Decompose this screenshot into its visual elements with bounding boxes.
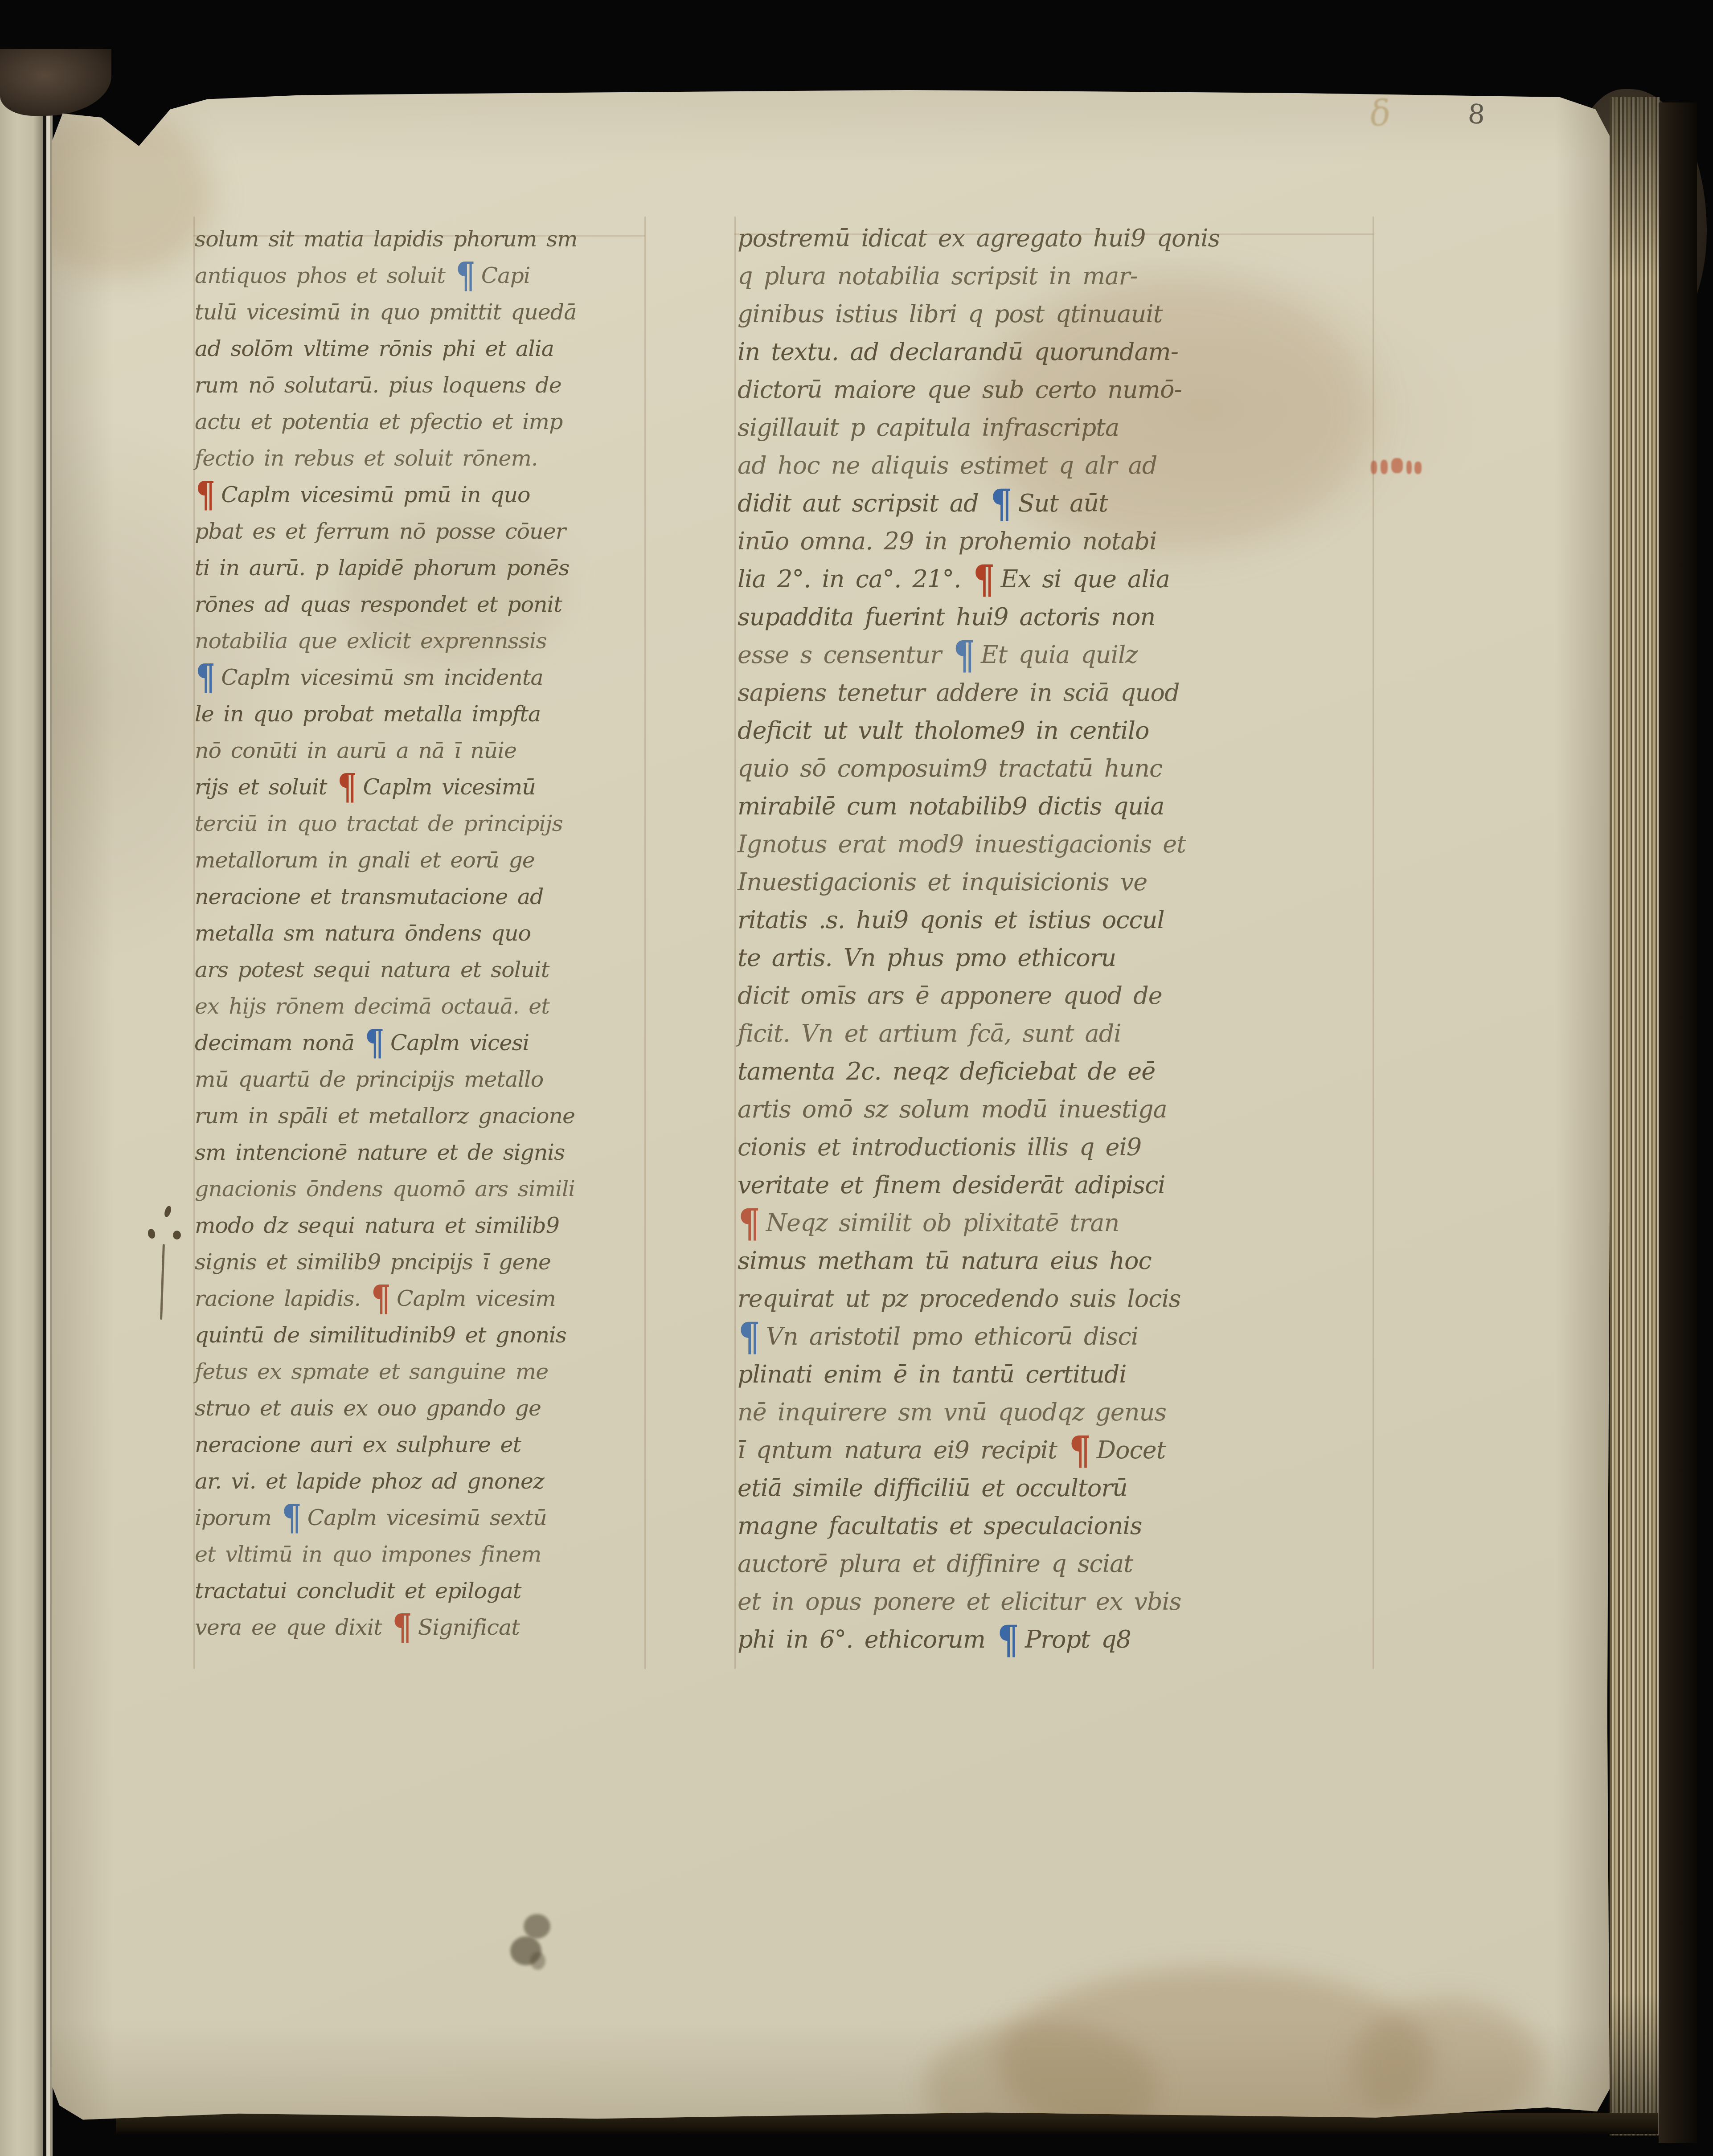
manuscript-text-line: ¶Neqz similit ob plixitatē tran xyxy=(738,1204,1220,1242)
manuscript-text-line: in textu. ad declarandū quorundam- xyxy=(738,333,1220,371)
manuscript-text-line: dictorū maiore que sub certo numō- xyxy=(738,371,1220,409)
text-segment: metalla sm natura ōndens quo xyxy=(195,920,531,946)
text-segment: Caplm vicesimū xyxy=(363,774,535,800)
text-segment: didit aut scripsit ad xyxy=(738,489,990,517)
text-segment: Ex si que alia xyxy=(1000,565,1170,593)
text-segment: etiā simile difficiliū et occultorū xyxy=(738,1474,1127,1502)
text-segment: rum nō solutarū. pius loquens de xyxy=(195,372,561,398)
text-segment: et in opus ponere et elicitur ex vbis xyxy=(738,1587,1181,1616)
text-segment: esse s censentur xyxy=(738,641,952,669)
manuscript-text-line: artis omō sz solum modū inuestiga xyxy=(738,1090,1220,1128)
manuscript-text-line: ginibus istius libri q post qtinuauit xyxy=(738,295,1220,333)
text-column-left: solum sit matia lapidis phorum smantiquo… xyxy=(195,221,578,1646)
manuscript-text-line: le in quo probat metalla impfta xyxy=(195,696,578,732)
manuscript-text-line: neracione auri ex sulphure et xyxy=(195,1427,578,1463)
manuscript-text-line: dicit omīs ars ē apponere quod de xyxy=(738,977,1220,1015)
text-segment: plinati enim ē in tantū certitudi xyxy=(738,1360,1127,1388)
text-segment: lia 2°. in ca°. 21°. xyxy=(738,565,972,593)
manuscript-text-line: solum sit matia lapidis phorum sm xyxy=(195,221,578,258)
text-segment: Significat xyxy=(418,1615,520,1640)
text-segment: Capi xyxy=(481,263,530,288)
column-rule-left-inner xyxy=(644,217,646,1669)
text-segment: tulū vicesimū in quo pmittit quedā xyxy=(195,299,576,325)
manuscript-text-line: ¶Caplm vicesimū pmū in quo xyxy=(195,477,578,513)
manuscript-text-line: supaddita fuerint hui9 actoris non xyxy=(738,598,1220,636)
manuscript-text-line: ex hijs rōnem decimā octauā. et xyxy=(195,988,578,1025)
column-rule-right-outer xyxy=(1373,217,1374,1669)
manuscript-text-line: rum nō solutarū. pius loquens de xyxy=(195,367,578,404)
water-stain-bottom-2 xyxy=(925,2021,1157,2155)
manuscript-text-line: ¶Caplm vicesimū sm incidenta xyxy=(195,659,578,696)
manuscript-text-line: Ignotus erat mod9 inuestigacionis et xyxy=(738,825,1220,863)
text-segment: ad hoc ne aliquis estimet q alr ad xyxy=(738,451,1157,479)
manuscript-text-line: sapiens tenetur addere in sciā quod xyxy=(738,674,1220,712)
text-segment: supaddita fuerint hui9 actoris non xyxy=(738,603,1155,631)
manuscript-text-line: modo dz sequi natura et similib9 xyxy=(195,1207,578,1244)
manuscript-text-line: metalla sm natura ōndens quo xyxy=(195,915,578,952)
manuscript-text-line: ad hoc ne aliquis estimet q alr ad xyxy=(738,446,1220,484)
ink-blot xyxy=(506,1910,559,1985)
text-segment: terciū in quo tractat de principijs xyxy=(195,811,563,836)
text-segment: Caplm vicesimū sextū xyxy=(307,1505,547,1530)
text-segment: solum sit matia lapidis phorum sm xyxy=(195,226,578,252)
manuscript-text-line: sigillauit p capitula infrascripta xyxy=(738,409,1220,446)
text-segment: struo et auis ex ouo gpando ge xyxy=(195,1395,541,1421)
manuscript-text-line: mirabilē cum notabilib9 dictis quia xyxy=(738,787,1220,825)
manuscript-text-line: notabilia que exlicit exprennssis xyxy=(195,623,578,659)
manuscript-text-line: plinati enim ē in tantū certitudi xyxy=(738,1355,1220,1393)
manuscript-text-line: ars potest sequi natura et soluit xyxy=(195,952,578,988)
text-segment: in textu. ad declarandū quorundam- xyxy=(738,338,1178,366)
text-segment: veritate et finem desiderāt adipisci xyxy=(738,1171,1165,1199)
manuscript-page: δ 8 solum sit matia lapidis phorum smant… xyxy=(52,83,1610,2122)
text-segment: nē inquirere sm vnū quodqz genus xyxy=(738,1398,1166,1426)
manuscript-text-line: rum in spāli et metallorz gnacione xyxy=(195,1098,578,1134)
text-segment: simus metham tū natura eius hoc xyxy=(738,1247,1152,1275)
manuscript-text-line: ad solōm vltime rōnis phi et alia xyxy=(195,331,578,367)
text-segment: notabilia que exlicit exprennssis xyxy=(195,628,547,654)
manuscript-text-line: Inuestigacionis et inquisicionis ve xyxy=(738,863,1220,901)
binding-bottom-edge xyxy=(116,2113,1658,2134)
manuscript-text-line: quio sō composuim9 tractatū hunc xyxy=(738,749,1220,787)
manuscript-text-line: vera ee que dixit ¶Significat xyxy=(195,1609,578,1646)
text-segment: phi in 6°. ethicorum xyxy=(738,1625,996,1653)
text-segment: Sut aūt xyxy=(1018,489,1108,517)
text-segment: metallorum in gnali et eorū ge xyxy=(195,847,535,873)
manuscript-text-line: cionis et introductionis illis q ei9 xyxy=(738,1128,1220,1166)
text-segment: quio sō composuim9 tractatū hunc xyxy=(738,754,1162,782)
text-segment: fetus ex spmate et sanguine me xyxy=(195,1359,548,1384)
binding-leather-top-left xyxy=(0,49,111,116)
folio-number: 8 xyxy=(1467,98,1486,131)
text-segment: magne facultatis et speculacionis xyxy=(738,1512,1142,1540)
water-stain-bottom-3 xyxy=(1353,1999,1540,2132)
text-segment: mirabilē cum notabilib9 dictis quia xyxy=(738,792,1164,820)
manuscript-text-line: decimam nonā ¶Caplm vicesi xyxy=(195,1025,578,1061)
text-segment: sigillauit p capitula infrascripta xyxy=(738,413,1119,442)
manuscript-text-line: tulū vicesimū in quo pmittit quedā xyxy=(195,294,578,331)
manuscript-text-line: metallorum in gnali et eorū ge xyxy=(195,842,578,879)
manuscript-text-line: mū quartū de principijs metallo xyxy=(195,1061,578,1098)
manuscript-text-line: nē inquirere sm vnū quodqz genus xyxy=(738,1393,1220,1431)
binding-leather-right-edge xyxy=(1659,102,1697,2143)
manuscript-text-line: ritatis .s. hui9 qonis et istius occul xyxy=(738,901,1220,939)
manuscript-text-line: magne facultatis et speculacionis xyxy=(738,1507,1220,1545)
text-segment: tamenta 2c. neqz deficiebat de eē xyxy=(738,1057,1155,1085)
text-segment: neracione auri ex sulphure et xyxy=(195,1432,521,1457)
text-segment: nō conūti in aurū a nā ī nūie xyxy=(195,738,516,763)
text-segment: Caplm vicesim xyxy=(397,1286,556,1311)
manuscript-text-line: signis et similib9 pncipijs ī gene xyxy=(195,1244,578,1281)
text-segment: Caplm vicesi xyxy=(390,1030,529,1055)
manuscript-text-line: ar. vi. et lapide phoz ad gnonez xyxy=(195,1463,578,1500)
text-segment: inūo omna. 29 in prohemio notabi xyxy=(738,527,1156,555)
manuscript-text-line: pbat es et ferrum nō posse cōuer xyxy=(195,513,578,550)
manuscript-text-line: simus metham tū natura eius hoc xyxy=(738,1242,1220,1280)
text-segment: tractatui concludit et epilogat xyxy=(195,1578,521,1604)
text-segment: cionis et introductionis illis q ei9 xyxy=(738,1133,1141,1161)
text-segment: signis et similib9 pncipijs ī gene xyxy=(195,1249,551,1275)
text-segment: racione lapidis. xyxy=(195,1286,370,1311)
foxing-stain-top-left xyxy=(25,110,212,279)
text-segment: iporum xyxy=(195,1505,281,1530)
manuscript-text-line: struo et auis ex ouo gpando ge xyxy=(195,1390,578,1427)
text-segment: ar. vi. et lapide phoz ad gnonez xyxy=(195,1469,544,1494)
manuscript-text-line: veritate et finem desiderāt adipisci xyxy=(738,1166,1220,1204)
text-segment: te artis. Vn phus pmo ethicoru xyxy=(738,944,1116,972)
manuscript-text-line: terciū in quo tractat de principijs xyxy=(195,806,578,842)
margin-nota-mark xyxy=(145,1206,185,1321)
manuscript-text-line: ficit. Vn et artium fcā, sunt adi xyxy=(738,1015,1220,1052)
text-segment: vera ee que dixit xyxy=(195,1615,392,1640)
manuscript-text-line: tractatui concludit et epilogat xyxy=(195,1573,578,1609)
text-segment: rum in spāli et metallorz gnacione xyxy=(195,1103,575,1129)
text-segment: artis omō sz solum modū inuestiga xyxy=(738,1095,1167,1123)
manuscript-text-line: racione lapidis. ¶Caplm vicesim xyxy=(195,1281,578,1317)
manuscript-text-line: ¶Vn aristotil pmo ethicorū disci xyxy=(738,1317,1220,1355)
text-segment: auctorē plura et diffinire q sciat xyxy=(738,1550,1133,1578)
manuscript-text-line: postremū idicat ex agregato hui9 qonis xyxy=(738,219,1220,257)
facing-page-edge xyxy=(0,67,43,2156)
manuscript-text-line: lia 2°. in ca°. 21°. ¶Ex si que alia xyxy=(738,560,1220,598)
manuscript-text-line: neracione et transmutacione ad xyxy=(195,879,578,915)
manuscript-photo: δ 8 solum sit matia lapidis phorum smant… xyxy=(0,0,1713,2156)
manuscript-text-line: didit aut scripsit ad ¶Sut aūt xyxy=(738,484,1220,522)
text-segment: neracione et transmutacione ad xyxy=(195,884,544,909)
manuscript-text-line: inūo omna. 29 in prohemio notabi xyxy=(738,522,1220,560)
text-segment: et vltimū in quo impones finem xyxy=(195,1542,541,1567)
manuscript-text-line: fectio in rebus et soluit rōnem. xyxy=(195,440,578,477)
manuscript-text-line: auctorē plura et diffinire q sciat xyxy=(738,1545,1220,1583)
manuscript-text-line: tamenta 2c. neqz deficiebat de eē xyxy=(738,1052,1220,1090)
text-segment: deficit ut vult tholome9 in centilo xyxy=(738,716,1149,745)
manuscript-text-line: te artis. Vn phus pmo ethicoru xyxy=(738,939,1220,977)
text-segment: rōnes ad quas respondet et ponit xyxy=(195,592,562,617)
text-segment: quintū de similitudinib9 et gnonis xyxy=(195,1322,566,1348)
fore-edge-page-stack xyxy=(1610,97,1660,2136)
text-segment: gnacionis ōndens quomō ars simili xyxy=(195,1176,575,1202)
text-segment: dicit omīs ars ē apponere quod de xyxy=(738,982,1162,1010)
faded-foliation-mark: δ xyxy=(1368,93,1393,135)
text-segment: Propt q8 xyxy=(1025,1625,1131,1653)
text-segment: antiquos phos et soluit xyxy=(195,263,455,288)
column-rule-right-inner xyxy=(734,217,736,1669)
manuscript-text-line: phi in 6°. ethicorum ¶Propt q8 xyxy=(738,1620,1220,1658)
manuscript-text-line: q plura notabilia scripsit in mar- xyxy=(738,257,1220,295)
text-segment: Caplm vicesimū sm incidenta xyxy=(221,665,543,690)
manuscript-text-line: et in opus ponere et elicitur ex vbis xyxy=(738,1583,1220,1620)
text-segment: sm intencionē nature et de signis xyxy=(195,1140,565,1165)
manuscript-text-line: et vltimū in quo impones finem xyxy=(195,1536,578,1573)
text-segment: modo dz sequi natura et similib9 xyxy=(195,1213,559,1238)
manuscript-text-line: ī qntum natura ei9 recipit ¶Docet xyxy=(738,1431,1220,1469)
manuscript-text-line: ti in aurū. p lapidē phorum ponēs xyxy=(195,550,578,586)
text-segment: mū quartū de principijs metallo xyxy=(195,1067,543,1092)
text-segment: ginibus istius libri q post qtinuauit xyxy=(738,300,1163,328)
text-segment: Ignotus erat mod9 inuestigacionis et xyxy=(738,830,1186,858)
text-segment: Et quia quilz xyxy=(981,641,1138,669)
text-segment: dictorū maiore que sub certo numō- xyxy=(738,376,1182,404)
text-segment: actu et potentia et pfectio et imp xyxy=(195,409,562,434)
manuscript-text-line: quintū de similitudinib9 et gnonis xyxy=(195,1317,578,1354)
text-segment: ī qntum natura ei9 recipit xyxy=(738,1436,1068,1464)
red-ink-offset-mark xyxy=(1371,457,1438,478)
text-segment: pbat es et ferrum nō posse cōuer xyxy=(195,519,566,544)
text-segment: postremū idicat ex agregato hui9 qonis xyxy=(738,224,1220,252)
text-segment: le in quo probat metalla impfta xyxy=(195,701,541,727)
text-segment: ti in aurū. p lapidē phorum ponēs xyxy=(195,555,569,581)
text-segment: ars potest sequi natura et soluit xyxy=(195,957,549,982)
manuscript-text-line: nō conūti in aurū a nā ī nūie xyxy=(195,732,578,769)
text-segment: ex hijs rōnem decimā octauā. et xyxy=(195,994,549,1019)
manuscript-text-line: sm intencionē nature et de signis xyxy=(195,1134,578,1171)
text-segment: Inuestigacionis et inquisicionis ve xyxy=(738,868,1147,896)
page-gutter-separator xyxy=(43,53,53,2156)
text-segment: ritatis .s. hui9 qonis et istius occul xyxy=(738,906,1164,934)
manuscript-text-line: rōnes ad quas respondet et ponit xyxy=(195,586,578,623)
manuscript-text-line: etiā simile difficiliū et occultorū xyxy=(738,1469,1220,1507)
manuscript-text-line: esse s censentur ¶Et quia quilz xyxy=(738,636,1220,674)
manuscript-text-line: gnacionis ōndens quomō ars simili xyxy=(195,1171,578,1207)
text-segment: decimam nonā xyxy=(195,1030,364,1055)
text-segment: ficit. Vn et artium fcā, sunt adi xyxy=(738,1019,1121,1047)
text-segment: Docet xyxy=(1097,1436,1166,1464)
text-segment: ad solōm vltime rōnis phi et alia xyxy=(195,336,554,361)
manuscript-text-line: requirat ut pz procedendo suis locis xyxy=(738,1280,1220,1317)
text-segment: rijs et soluit xyxy=(195,774,336,800)
text-column-right: postremū idicat ex agregato hui9 qonisq … xyxy=(738,219,1220,1658)
manuscript-text-line: rijs et soluit ¶Caplm vicesimū xyxy=(195,769,578,806)
text-segment: Vn aristotil pmo ethicorū disci xyxy=(766,1322,1138,1350)
manuscript-text-line: actu et potentia et pfectio et imp xyxy=(195,404,578,440)
manuscript-text-line: iporum ¶Caplm vicesimū sextū xyxy=(195,1500,578,1536)
manuscript-text-line: fetus ex spmate et sanguine me xyxy=(195,1354,578,1390)
text-segment: Neqz similit ob plixitatē tran xyxy=(766,1209,1119,1237)
text-segment: q plura notabilia scripsit in mar- xyxy=(738,262,1138,290)
text-segment: sapiens tenetur addere in sciā quod xyxy=(738,679,1180,707)
manuscript-text-line: antiquos phos et soluit ¶Capi xyxy=(195,258,578,294)
manuscript-text-line: deficit ut vult tholome9 in centilo xyxy=(738,712,1220,749)
text-segment: requirat ut pz procedendo suis locis xyxy=(738,1285,1180,1313)
text-segment: Caplm vicesimū pmū in quo xyxy=(221,482,530,507)
text-segment: fectio in rebus et soluit rōnem. xyxy=(195,446,538,471)
